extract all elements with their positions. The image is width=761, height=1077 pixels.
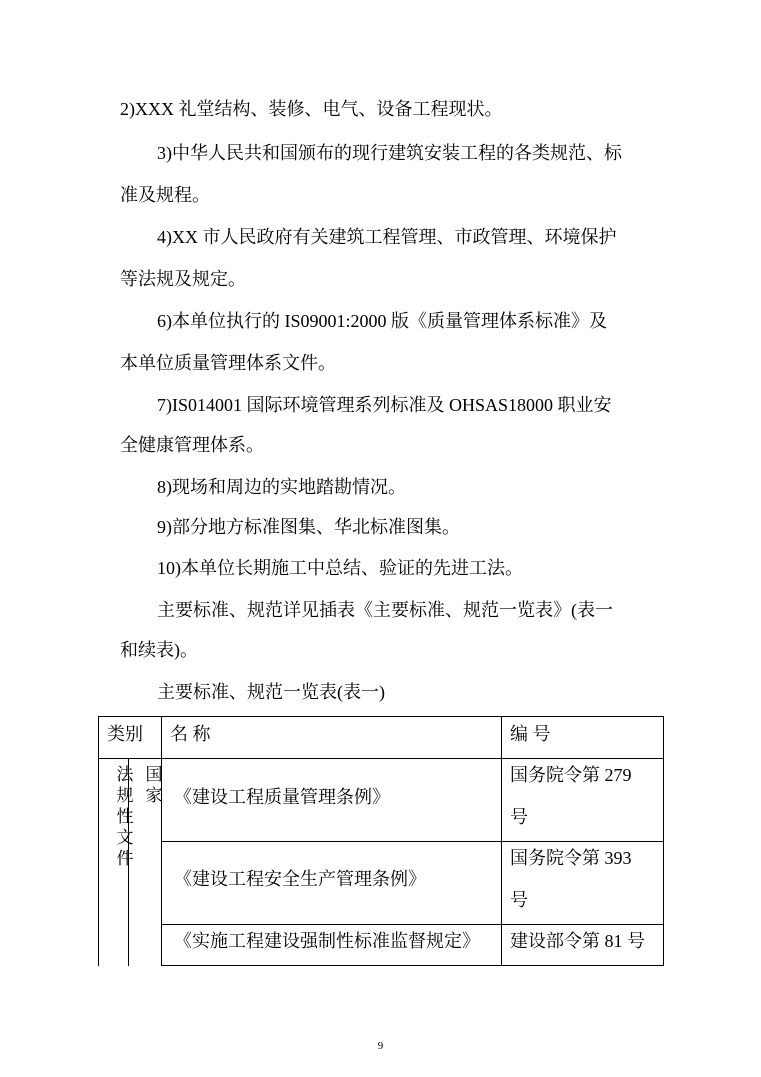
row-2-number-line1: 国务院令第 393 xyxy=(510,847,632,869)
row-divider-1 xyxy=(161,841,664,842)
paragraph-6-cont: 本单位质量管理体系文件。 xyxy=(120,352,336,374)
category-main-label: 法规性文件 xyxy=(116,764,134,869)
paragraph-7: 7)IS014001 国际环境管理系列标准及 OHSAS18000 职业安 xyxy=(157,394,612,416)
paragraph-9: 9)部分地方标准图集、华北标准图集。 xyxy=(157,516,460,538)
page-number: 9 xyxy=(0,1040,761,1052)
table-border-right xyxy=(663,716,664,966)
paragraph-summary: 主要标准、规范详见插表《主要标准、规范一览表》(表一 xyxy=(157,599,613,621)
paragraph-4-cont: 等法规及规定。 xyxy=(120,268,246,290)
header-name: 名 称 xyxy=(170,723,211,745)
table-caption: 主要标准、规范一览表(表一) xyxy=(157,681,385,703)
row-2-name: 《建设工程安全生产管理条例》 xyxy=(174,868,426,890)
name-column-divider xyxy=(501,716,502,966)
paragraph-3-cont: 准及规程。 xyxy=(120,184,210,206)
category-sub-label: 国家 xyxy=(145,764,163,806)
row-2-number-line2: 号 xyxy=(510,889,528,911)
row-1-name: 《建设工程质量管理条例》 xyxy=(174,786,390,808)
paragraph-3: 3)中华人民共和国颁布的现行建筑安装工程的各类规范、标 xyxy=(157,142,622,164)
table-header-divider xyxy=(98,758,664,759)
paragraph-6: 6)本单位执行的 IS09001:2000 版《质量管理体系标准》及 xyxy=(157,310,607,332)
row-divider-2 xyxy=(161,924,664,925)
paragraph-8: 8)现场和周边的实地踏勘情况。 xyxy=(157,476,406,498)
paragraph-2: 2)XXX 礼堂结构、装修、电气、设备工程现状。 xyxy=(120,98,503,120)
table-border-left xyxy=(98,716,99,966)
row-1-number-line2: 号 xyxy=(510,806,528,828)
paragraph-4: 4)XX 市人民政府有关建筑工程管理、市政管理、环境保护 xyxy=(157,226,617,248)
standards-table: 类别 名 称 编 号 法规性文件 国家 《建设工程质量管理条例》 国务院令第 2… xyxy=(98,716,664,966)
row-1-number-line1: 国务院令第 279 xyxy=(510,764,632,786)
row-3-number: 建设部令第 81 号 xyxy=(510,930,645,952)
table-border-top xyxy=(98,716,664,717)
paragraph-10: 10)本单位长期施工中总结、验证的先进工法。 xyxy=(157,557,523,579)
row-3-name: 《实施工程建设强制性标准监督规定》 xyxy=(174,930,480,952)
header-number: 编 号 xyxy=(510,723,551,745)
category-column-divider xyxy=(161,716,162,966)
paragraph-summary-cont: 和续表)。 xyxy=(120,639,198,661)
paragraph-7-cont: 全健康管理体系。 xyxy=(120,434,264,456)
header-category: 类别 xyxy=(107,723,143,745)
row-divider-3 xyxy=(161,965,664,966)
